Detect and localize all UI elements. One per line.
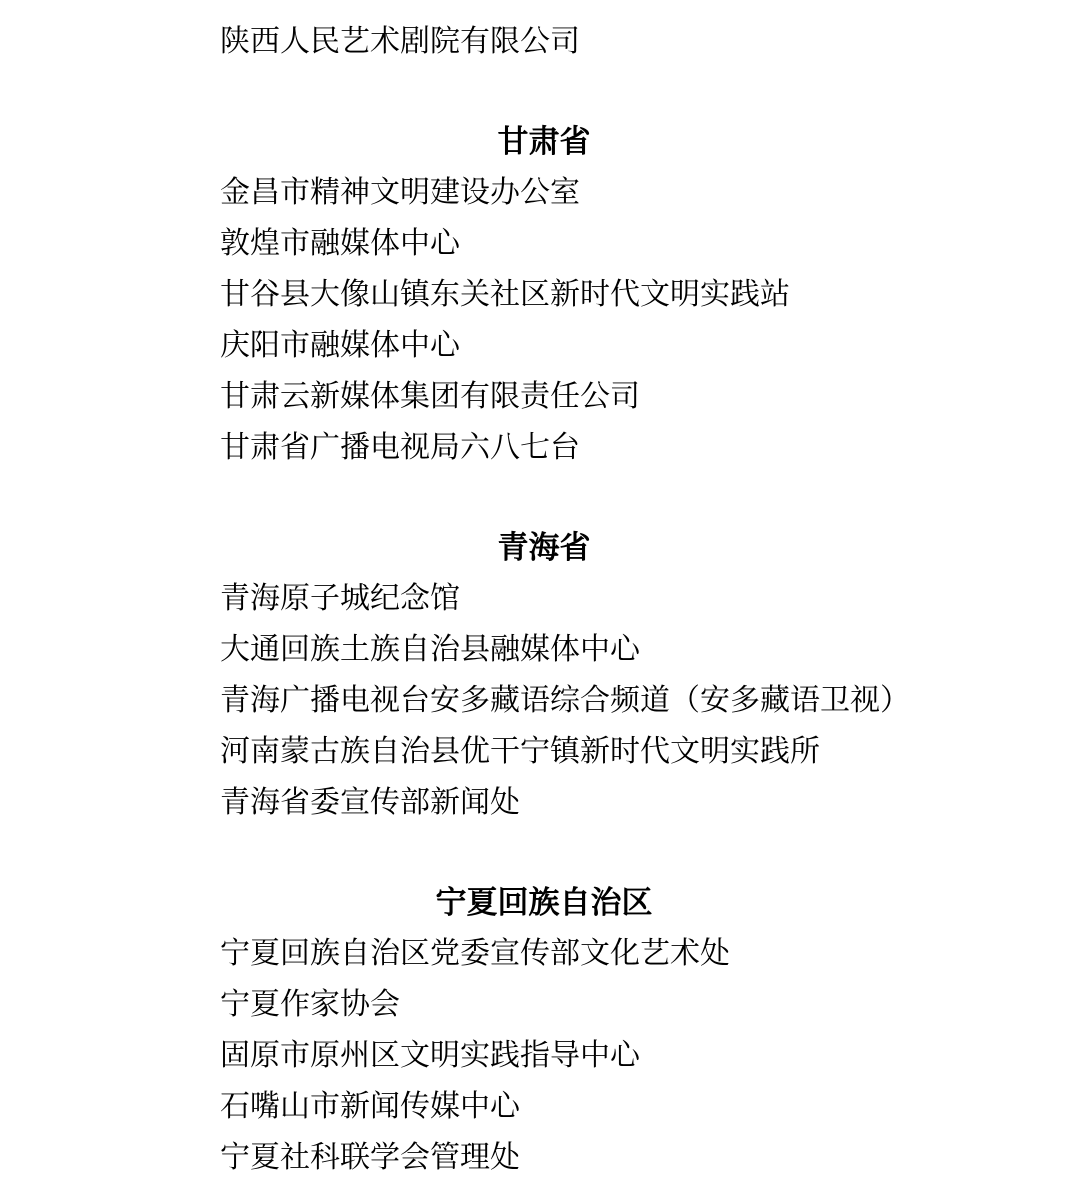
org-list-item: 石嘴山市新闻传媒中心: [220, 1081, 868, 1132]
section-heading: 青海省: [220, 522, 868, 573]
section-heading: 甘肃省: [220, 116, 868, 167]
org-list-item: 青海原子城纪念馆: [220, 573, 868, 624]
org-list-item: 甘谷县大像山镇东关社区新时代文明实践站: [220, 269, 868, 320]
org-list-item: 庆阳市融媒体中心: [220, 320, 868, 371]
org-list-item: 宁夏回族自治区党委宣传部文化艺术处: [220, 928, 868, 979]
org-list-item: 固原市原州区文明实践指导中心: [220, 1030, 868, 1081]
document-body: 陕西人民艺术剧院有限公司甘肃省金昌市精神文明建设办公室敦煌市融媒体中心甘谷县大像…: [220, 0, 868, 1183]
org-list-item: 河南蒙古族自治县优干宁镇新时代文明实践所: [220, 726, 868, 777]
org-list-item: 金昌市精神文明建设办公室: [220, 167, 868, 218]
org-list-item: 陕西人民艺术剧院有限公司: [220, 16, 868, 67]
org-list-item: 甘肃云新媒体集团有限责任公司: [220, 371, 868, 422]
org-list-item: 甘肃省广播电视局六八七台: [220, 422, 868, 473]
org-list-item: 宁夏社科联学会管理处: [220, 1132, 868, 1183]
org-list-item: 敦煌市融媒体中心: [220, 218, 868, 269]
org-list-item: 大通回族土族自治县融媒体中心: [220, 624, 868, 675]
article-page: 陕西人民艺术剧院有限公司甘肃省金昌市精神文明建设办公室敦煌市融媒体中心甘谷县大像…: [0, 0, 1080, 1190]
org-list-item: 宁夏作家协会: [220, 979, 868, 1030]
org-list-item: 青海省委宣传部新闻处: [220, 777, 868, 828]
section-heading: 宁夏回族自治区: [220, 877, 868, 928]
org-list-item: 青海广播电视台安多藏语综合频道（安多藏语卫视）: [220, 675, 868, 726]
